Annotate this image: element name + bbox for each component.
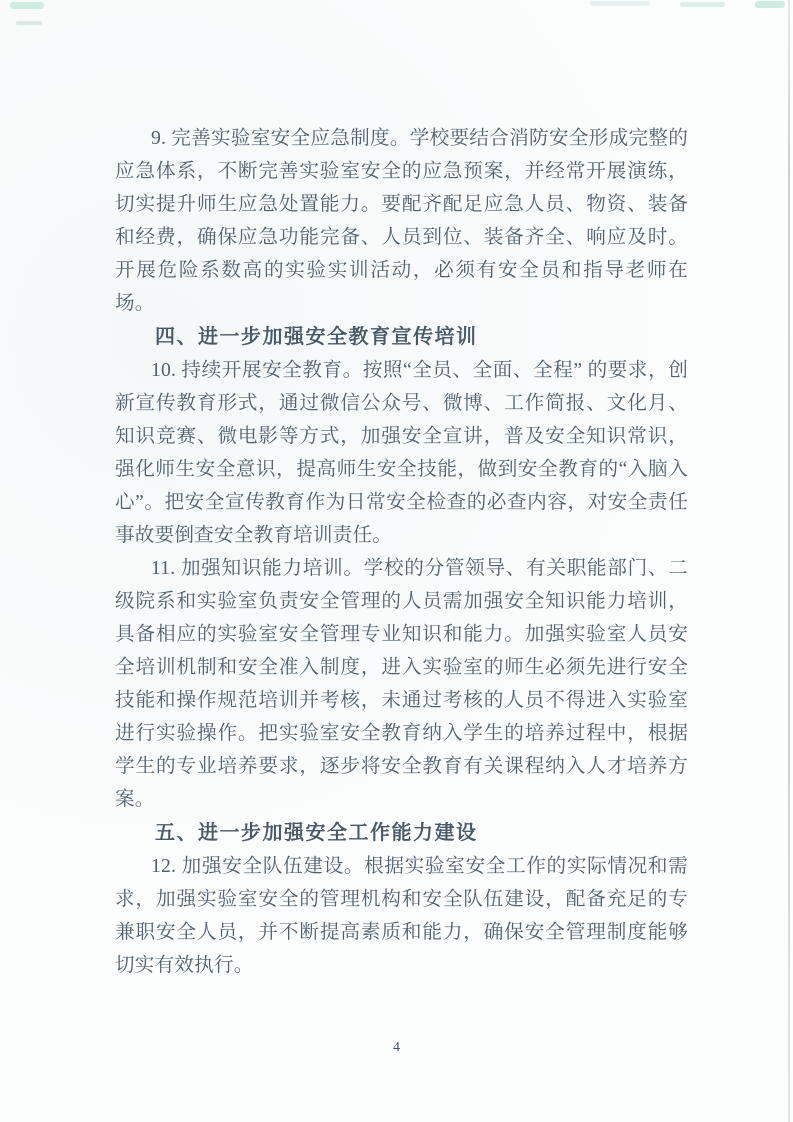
scan-page-edge-line (788, 0, 790, 1122)
paragraph-item-12: 12. 加强安全队伍建设。根据实验室安全工作的实际情况和需求，加强实验室安全的管… (115, 850, 688, 982)
scan-artifact-top-right-2 (680, 2, 725, 7)
scan-artifact-top-left-2 (16, 21, 42, 25)
scan-artifact-top-right-3 (755, 1, 785, 8)
paragraph-item-11: 11. 加强知识能力培训。学校的分管领导、有关职能部门、二级院系和实验室负责安全… (115, 552, 688, 816)
paragraph-item-10: 10. 持续开展安全教育。按照“全员、全面、全程” 的要求，创新宣传教育形式，通… (115, 354, 688, 552)
paragraph-item-9: 9. 完善实验室安全应急制度。学校要结合消防安全形成完整的应急体系，不断完善实验… (115, 122, 688, 320)
scan-artifact-top-right-1 (590, 1, 650, 6)
document-page: 9. 完善实验室安全应急制度。学校要结合消防安全形成完整的应急体系，不断完善实验… (0, 0, 793, 1122)
page-number: 4 (0, 1040, 793, 1056)
document-body: 9. 完善实验室安全应急制度。学校要结合消防安全形成完整的应急体系，不断完善实验… (115, 122, 688, 982)
scan-artifact-top-left-1 (10, 2, 44, 9)
section-heading-4: 四、进一步加强安全教育宣传培训 (115, 320, 688, 354)
section-heading-5: 五、进一步加强安全工作能力建设 (115, 816, 688, 850)
